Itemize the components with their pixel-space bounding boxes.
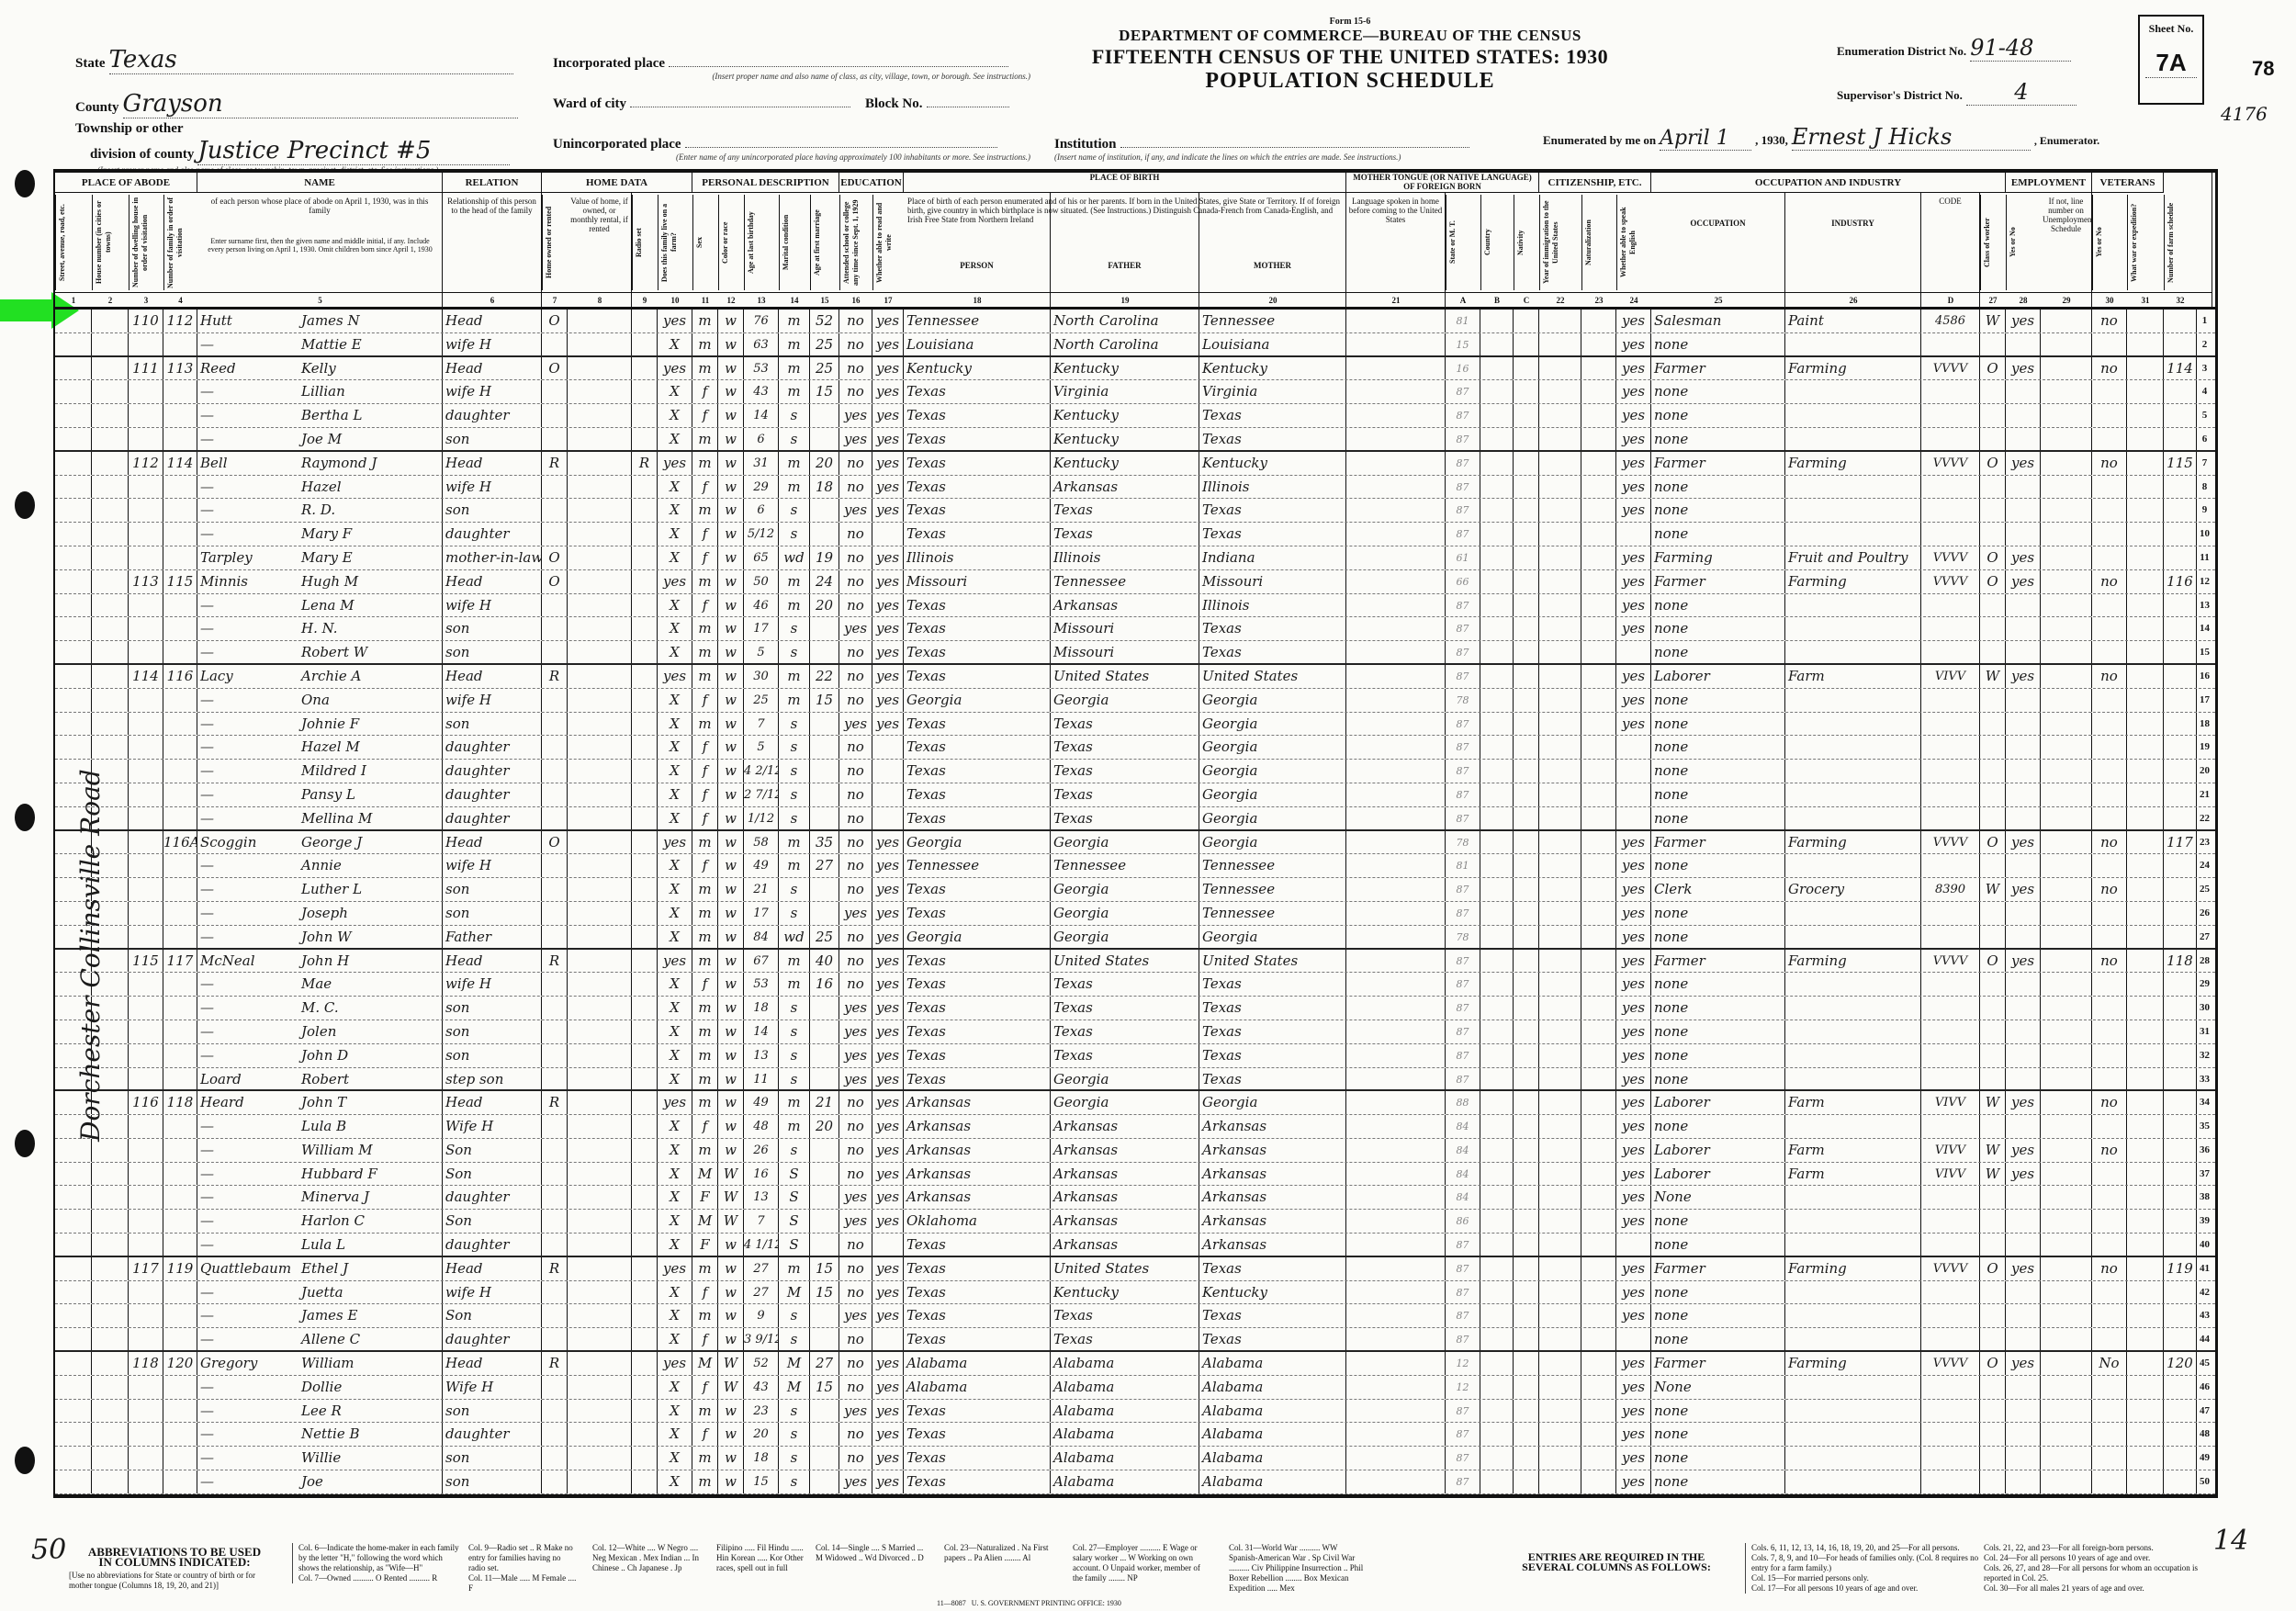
cell-birth: Texas xyxy=(904,1447,1051,1470)
cell-value xyxy=(568,546,632,569)
cell-occupation: none xyxy=(1651,404,1785,427)
cell-dwelling: 113 xyxy=(129,570,163,593)
table-row: 110112HuttJames NHeadOyesmw76m52noyesTen… xyxy=(55,310,2215,333)
cell-veteran xyxy=(2092,807,2127,829)
cell-code-c xyxy=(1514,1281,1539,1304)
cell-occupation: Laborer xyxy=(1651,1163,1785,1186)
column-number: D xyxy=(1921,292,1980,307)
cell-farm: X xyxy=(658,1068,692,1090)
cell-code-a: 78 xyxy=(1446,689,1480,712)
cell-farm: yes xyxy=(658,665,692,688)
surname: — xyxy=(200,1304,301,1327)
cell-marital: m xyxy=(779,380,810,403)
census-title: FIFTEENTH CENSUS OF THE UNITED STATES: 1… xyxy=(1084,45,1616,69)
cell-age: 7 xyxy=(744,1210,779,1233)
cell-sex: m xyxy=(692,357,718,380)
cell-occupation: none xyxy=(1651,854,1785,877)
cell-lang xyxy=(1346,760,1446,783)
cell-read: yes xyxy=(872,1423,904,1446)
cell-radio xyxy=(632,736,658,759)
cell-age-mar xyxy=(810,1210,839,1233)
cell-lang xyxy=(1346,1304,1446,1327)
cell-mother: Texas xyxy=(1199,997,1346,1020)
cell-dwelling: 110 xyxy=(129,310,163,332)
cell-occupation: none xyxy=(1651,1400,1785,1423)
person-name: —Mae xyxy=(197,973,443,996)
cell-dwelling xyxy=(129,428,163,450)
cell-family xyxy=(163,428,197,450)
cell-code-a: 84 xyxy=(1446,1115,1480,1138)
cell-code-b xyxy=(1480,570,1514,593)
cell-marital: m xyxy=(779,689,810,712)
cell-war xyxy=(2127,807,2164,829)
cell-owned xyxy=(542,1328,568,1350)
column-header-english: Whether able to speak English xyxy=(1616,195,1651,290)
cell-age-mar: 40 xyxy=(810,950,839,973)
cell-marital: s xyxy=(779,404,810,427)
column-group-header: PERSONAL DESCRIPTION xyxy=(692,173,839,193)
cell-immig xyxy=(1539,523,1581,546)
cell-race: W xyxy=(718,1163,744,1186)
cell-school: no xyxy=(839,1281,872,1304)
cell-industry xyxy=(1785,1234,1921,1256)
sheet-value: 7A xyxy=(2145,49,2197,78)
cell-value xyxy=(568,499,632,522)
cell-lang xyxy=(1346,1139,1446,1162)
cell-family xyxy=(163,926,197,948)
cell-immig xyxy=(1539,476,1581,499)
cell-family: 112 xyxy=(163,310,197,332)
cell-veteran xyxy=(2092,333,2127,355)
cell-natur xyxy=(1581,665,1616,688)
cell-farm-no xyxy=(2164,854,2197,877)
cell-natur xyxy=(1581,689,1616,712)
cell-english xyxy=(1616,641,1651,663)
cell-dwelling xyxy=(129,854,163,877)
cell-occ-code: VIVV xyxy=(1921,1163,1980,1186)
margin-number-handwritten: 4176 xyxy=(2221,103,2268,125)
cell-value xyxy=(568,404,632,427)
cell-house xyxy=(92,1234,129,1256)
cell-code-a: 87 xyxy=(1446,1020,1480,1043)
cell-occ-code xyxy=(1921,783,1980,806)
department: DEPARTMENT OF COMMERCE—BUREAU OF THE CEN… xyxy=(1084,27,1616,45)
cell-lang xyxy=(1346,1376,1446,1399)
cell-family xyxy=(163,689,197,712)
cell-code-c xyxy=(1514,1210,1539,1233)
cell-code-c xyxy=(1514,1328,1539,1350)
cell-read: yes xyxy=(872,452,904,475)
cell-age-mar xyxy=(810,641,839,663)
cell-value xyxy=(568,1044,632,1067)
cell-radio xyxy=(632,1376,658,1399)
cell-code-b xyxy=(1480,476,1514,499)
cell-family xyxy=(163,1447,197,1470)
cell-code-c xyxy=(1514,760,1539,783)
cell-value xyxy=(568,570,632,593)
cell-immig xyxy=(1539,310,1581,332)
cell-atwork xyxy=(2006,1328,2041,1350)
cell-lang xyxy=(1346,1210,1446,1233)
cell-english: yes xyxy=(1616,546,1651,569)
line-number: 10 xyxy=(2197,523,2212,546)
cell-relation: Head xyxy=(443,1091,542,1114)
cell-atwork: yes xyxy=(2006,452,2041,475)
cell-class xyxy=(1980,1447,2006,1470)
surname: — xyxy=(200,973,301,996)
cell-industry xyxy=(1785,523,1921,546)
cell-relation: mother-in-law xyxy=(443,546,542,569)
cell-code-c xyxy=(1514,783,1539,806)
cell-owned xyxy=(542,1210,568,1233)
cell-mother: Texas xyxy=(1199,1304,1346,1327)
cell-veteran: no xyxy=(2092,310,2127,332)
cell-owned xyxy=(542,428,568,450)
column-header-class: Class of worker xyxy=(1980,195,2006,290)
cell-relation: Father xyxy=(443,926,542,948)
cell-occ-code xyxy=(1921,807,1980,829)
cell-veteran xyxy=(2092,713,2127,736)
given-name: Robert xyxy=(301,1071,349,1087)
cell-father: North Carolina xyxy=(1051,310,1199,332)
cell-occ-code xyxy=(1921,499,1980,522)
cell-unemp xyxy=(2041,404,2092,427)
cell-unemp xyxy=(2041,1210,2092,1233)
cell-sex: m xyxy=(692,1068,718,1090)
cell-farm-no xyxy=(2164,1400,2197,1423)
cell-occupation: None xyxy=(1651,1186,1785,1209)
cell-father: Kentucky xyxy=(1051,357,1199,380)
cell-code-a: 15 xyxy=(1446,333,1480,355)
cell-code-a: 16 xyxy=(1446,357,1480,380)
cell-relation: daughter xyxy=(443,1328,542,1350)
cell-industry: Fruit and Poultry xyxy=(1785,546,1921,569)
cell-industry xyxy=(1785,1020,1921,1043)
table-row: —Juettawife HXfw27M15noyesTexasKentuckyK… xyxy=(55,1281,2215,1305)
cell-race: w xyxy=(718,1020,744,1043)
cell-farm-no: 120 xyxy=(2164,1352,2197,1375)
cell-dwelling xyxy=(129,333,163,355)
cell-birth: Texas xyxy=(904,1470,1051,1493)
cell-family xyxy=(163,1281,197,1304)
cell-race: w xyxy=(718,1423,744,1446)
cell-street xyxy=(55,1470,92,1493)
given-name: Joseph xyxy=(301,905,348,921)
cell-occ-code: 8390 xyxy=(1921,878,1980,901)
cell-unemp xyxy=(2041,878,2092,901)
cell-age: 7 xyxy=(744,713,779,736)
table-row: —Joe MsonXmw6syesyesTexasKentuckyTexas87… xyxy=(55,428,2215,452)
cell-veteran xyxy=(2092,1328,2127,1350)
cell-sex: m xyxy=(692,878,718,901)
county-value: Grayson xyxy=(123,90,518,118)
person-name: —Hazel M xyxy=(197,736,443,759)
cell-lang xyxy=(1346,973,1446,996)
cell-farm-no xyxy=(2164,736,2197,759)
line-number: 32 xyxy=(2197,1044,2212,1067)
cell-read: yes xyxy=(872,1044,904,1067)
cell-value xyxy=(568,1470,632,1493)
column-number: 8 xyxy=(568,292,632,307)
person-name: —Hubbard F xyxy=(197,1163,443,1186)
cell-relation: son xyxy=(443,1447,542,1470)
cell-code-c xyxy=(1514,476,1539,499)
cell-farm: X xyxy=(658,1423,692,1446)
table-row: —Mildred IdaughterXfw4 2/12snoTexasTexas… xyxy=(55,760,2215,783)
cell-family: 116A xyxy=(163,831,197,854)
cell-occupation: None xyxy=(1651,1376,1785,1399)
cell-age-mar: 18 xyxy=(810,476,839,499)
cell-code-b xyxy=(1480,499,1514,522)
cell-code-c xyxy=(1514,1423,1539,1446)
cell-value xyxy=(568,1400,632,1423)
cell-mother: Texas xyxy=(1199,404,1346,427)
line-number: 46 xyxy=(2197,1376,2212,1399)
cell-marital: M xyxy=(779,1352,810,1375)
cell-english: yes xyxy=(1616,404,1651,427)
cell-industry xyxy=(1785,689,1921,712)
table-row: —Lula LdaughterXFw4 1/12SnoTexasArkansas… xyxy=(55,1234,2215,1257)
cell-occupation: none xyxy=(1651,1210,1785,1233)
table-body: 110112HuttJames NHeadOyesmw76m52noyesTen… xyxy=(55,310,2215,1494)
cell-code-b xyxy=(1480,1186,1514,1209)
cell-occupation: none xyxy=(1651,1068,1785,1090)
cell-unemp xyxy=(2041,428,2092,450)
line-number: 39 xyxy=(2197,1210,2212,1233)
cell-farm: X xyxy=(658,1020,692,1043)
cell-father: United States xyxy=(1051,665,1199,688)
cell-occupation: none xyxy=(1651,1328,1785,1350)
cell-father: Arkansas xyxy=(1051,476,1199,499)
cell-war xyxy=(2127,1234,2164,1256)
cell-age: 48 xyxy=(744,1115,779,1138)
cell-dwelling xyxy=(129,546,163,569)
cell-code-a: 87 xyxy=(1446,1304,1480,1327)
form-title-block: Form 15-6 DEPARTMENT OF COMMERCE—BUREAU … xyxy=(1084,17,1616,94)
cell-farm-no xyxy=(2164,404,2197,427)
cell-immig xyxy=(1539,854,1581,877)
cell-father: Missouri xyxy=(1051,617,1199,640)
cell-sex: m xyxy=(692,831,718,854)
cell-read: yes xyxy=(872,902,904,925)
cell-class: W xyxy=(1980,1139,2006,1162)
cell-immig xyxy=(1539,1400,1581,1423)
cell-code-b xyxy=(1480,807,1514,829)
cell-dwelling xyxy=(129,617,163,640)
column-header-owned: Home owned or rented xyxy=(542,195,568,290)
cell-industry xyxy=(1785,594,1921,617)
cell-school: no xyxy=(839,570,872,593)
cell-owned: O xyxy=(542,831,568,854)
cell-age-mar: 25 xyxy=(810,333,839,355)
cell-relation: son xyxy=(443,428,542,450)
cell-radio xyxy=(632,476,658,499)
cell-family: 117 xyxy=(163,950,197,973)
cell-race: w xyxy=(718,1234,744,1256)
cell-age-mar xyxy=(810,1044,839,1067)
table-row: —Lee RsonXmw23syesyesTexasAlabamaAlabama… xyxy=(55,1400,2215,1424)
cell-read: yes xyxy=(872,357,904,380)
surname: McNeal xyxy=(200,950,301,973)
line-number: 27 xyxy=(2197,926,2212,948)
cell-veteran: no xyxy=(2092,1091,2127,1114)
cell-war xyxy=(2127,1163,2164,1186)
cell-lang xyxy=(1346,902,1446,925)
cell-radio xyxy=(632,1139,658,1162)
cell-family xyxy=(163,1328,197,1350)
cell-birth: Texas xyxy=(904,380,1051,403)
entries-8: Col. 30—For all males 21 years of age an… xyxy=(1984,1583,2209,1594)
cell-school: no xyxy=(839,665,872,688)
cell-war xyxy=(2127,1447,2164,1470)
cell-value xyxy=(568,713,632,736)
cell-farm: yes xyxy=(658,1352,692,1375)
cell-race: w xyxy=(718,1068,744,1090)
cell-occ-code xyxy=(1921,973,1980,996)
cell-birth: Texas xyxy=(904,1068,1051,1090)
person-name: —Jolen xyxy=(197,1020,443,1043)
cell-code-c xyxy=(1514,404,1539,427)
person-name: —Lillian xyxy=(197,380,443,403)
cell-english: yes xyxy=(1616,878,1651,901)
cell-immig xyxy=(1539,807,1581,829)
cell-industry xyxy=(1785,617,1921,640)
column-number: 24 xyxy=(1616,292,1651,307)
given-name: Mary F xyxy=(301,525,352,542)
cell-age: 14 xyxy=(744,1020,779,1043)
cell-code-b xyxy=(1480,404,1514,427)
cell-atwork: yes xyxy=(2006,665,2041,688)
column-header-immig: Year of immigration to the United States xyxy=(1539,195,1581,290)
cell-code-b xyxy=(1480,1400,1514,1423)
cell-read xyxy=(872,736,904,759)
cell-house xyxy=(92,665,129,688)
surname: Reed xyxy=(200,357,301,380)
schedule-title: POPULATION SCHEDULE xyxy=(1084,69,1616,94)
cell-veteran: no xyxy=(2092,665,2127,688)
cell-mother: Alabama xyxy=(1199,1400,1346,1423)
cell-occupation: none xyxy=(1651,1044,1785,1067)
cell-relation: Son xyxy=(443,1163,542,1186)
cell-family: 114 xyxy=(163,452,197,475)
cell-age: 5 xyxy=(744,641,779,663)
cell-natur xyxy=(1581,902,1616,925)
cell-natur xyxy=(1581,641,1616,663)
cell-owned: R xyxy=(542,452,568,475)
cell-marital: s xyxy=(779,1044,810,1067)
cell-relation: Head xyxy=(443,665,542,688)
cell-farm-no xyxy=(2164,973,2197,996)
table-row: —JosephsonXmw17syesyesTexasGeorgiaTennes… xyxy=(55,902,2215,926)
cell-age: 2 7/12 xyxy=(744,783,779,806)
person-name: —Hazel xyxy=(197,476,443,499)
cell-father: Arkansas xyxy=(1051,1163,1199,1186)
unincorporated-note: (Enter name of any unincorporated place … xyxy=(553,152,1030,162)
cell-relation: son xyxy=(443,1020,542,1043)
cell-relation: wife H xyxy=(443,476,542,499)
cell-age: 1/12 xyxy=(744,807,779,829)
cell-war xyxy=(2127,950,2164,973)
person-name: —Lena M xyxy=(197,594,443,617)
cell-occupation: none xyxy=(1651,1447,1785,1470)
cell-marital: m xyxy=(779,831,810,854)
cell-relation: son xyxy=(443,878,542,901)
cell-natur xyxy=(1581,1091,1616,1114)
cell-sex: m xyxy=(692,1257,718,1280)
cell-value xyxy=(568,333,632,355)
cell-industry xyxy=(1785,1447,1921,1470)
cell-unemp xyxy=(2041,333,2092,355)
person-name: —Lula B xyxy=(197,1115,443,1138)
cell-occupation: none xyxy=(1651,594,1785,617)
cell-father: Texas xyxy=(1051,1044,1199,1067)
cell-dwelling xyxy=(129,926,163,948)
ward-label: Ward of city xyxy=(553,96,626,111)
table-row: 115117McNealJohn HHeadRyesmw67m40noyesTe… xyxy=(55,950,2215,974)
cell-immig xyxy=(1539,950,1581,973)
cell-lang xyxy=(1346,1423,1446,1446)
cell-farm-no xyxy=(2164,1139,2197,1162)
cell-father: Arkansas xyxy=(1051,1115,1199,1138)
surname: — xyxy=(200,736,301,759)
cell-race: w xyxy=(718,1091,744,1114)
cell-mother: Missouri xyxy=(1199,570,1346,593)
line-number: 41 xyxy=(2197,1257,2212,1280)
cell-house xyxy=(92,594,129,617)
cell-school: no xyxy=(839,973,872,996)
cell-immig xyxy=(1539,428,1581,450)
cell-relation: Wife H xyxy=(443,1376,542,1399)
cell-unemp xyxy=(2041,973,2092,996)
table-row: —Lena Mwife HXfw46m20noyesTexasArkansasI… xyxy=(55,594,2215,618)
given-name: Joe xyxy=(301,1473,323,1490)
cell-family xyxy=(163,997,197,1020)
cell-veteran: no xyxy=(2092,878,2127,901)
cell-natur xyxy=(1581,1470,1616,1493)
cell-unemp xyxy=(2041,641,2092,663)
line-number: 33 xyxy=(2197,1068,2212,1090)
column-header-marital: Marital condition xyxy=(779,195,810,290)
cell-owned xyxy=(542,760,568,783)
cell-occupation: none xyxy=(1651,807,1785,829)
cell-occupation: none xyxy=(1651,689,1785,712)
cell-veteran xyxy=(2092,1281,2127,1304)
cell-industry: Farming xyxy=(1785,1352,1921,1375)
cell-atwork xyxy=(2006,1020,2041,1043)
page-corner-left: 50 xyxy=(31,1534,66,1566)
cell-mother: Illinois xyxy=(1199,594,1346,617)
cell-race: W xyxy=(718,1376,744,1399)
cell-class: W xyxy=(1980,310,2006,332)
cell-atwork: yes xyxy=(2006,831,2041,854)
cell-street xyxy=(55,594,92,617)
cell-relation: Head xyxy=(443,357,542,380)
cell-school: no xyxy=(839,1091,872,1114)
cell-owned: O xyxy=(542,310,568,332)
cell-radio xyxy=(632,1210,658,1233)
column-header-read: Whether able to read and write xyxy=(872,195,904,290)
cell-natur xyxy=(1581,1257,1616,1280)
cell-unemp xyxy=(2041,854,2092,877)
cell-occupation: none xyxy=(1651,333,1785,355)
cell-code-b xyxy=(1480,1304,1514,1327)
cell-farm: X xyxy=(658,617,692,640)
cell-family xyxy=(163,1376,197,1399)
person-name: —Lula L xyxy=(197,1234,443,1256)
table-row: —Hubbard FSonXMW16SnoyesArkansasArkansas… xyxy=(55,1163,2215,1187)
cell-code-c xyxy=(1514,570,1539,593)
cell-class xyxy=(1980,476,2006,499)
